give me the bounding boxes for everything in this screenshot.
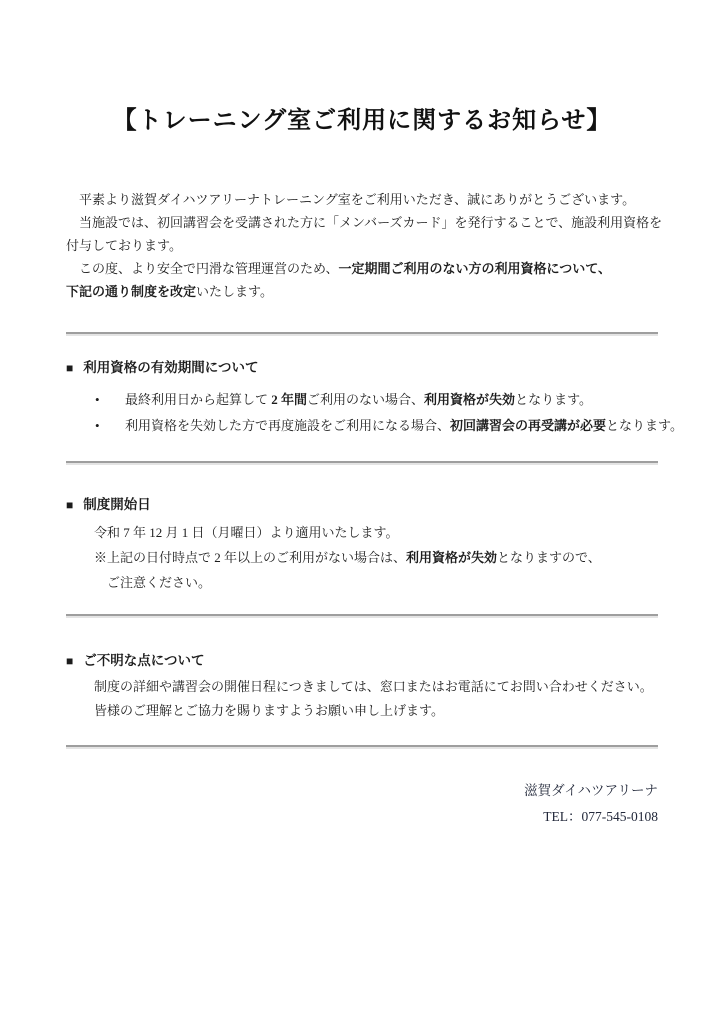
body-text: 平素より滋賀ダイハツアリーナトレーニング室をご利用いただき、誠にありがとうござい… <box>66 192 635 207</box>
body-text: となりますので、 <box>497 550 601 565</box>
bullet-item: •最終利用日から起算して 2 年間ご利用のない場合、利用資格が失効となります。 <box>66 387 658 413</box>
section-heading: ■ 制度開始日 <box>66 493 658 517</box>
document-page: 【トレーニング室ご利用に関するお知らせ】 平素より滋賀ダイハツアリーナトレーニン… <box>0 0 724 1024</box>
section-body: 制度の詳細や講習会の開催日程につきましては、窓口またはお電話にてお問い合わせくだ… <box>66 675 658 723</box>
section-heading: ■ 利用資格の有効期間について <box>66 356 658 380</box>
body-text: 付与しております。 <box>66 238 182 253</box>
body-text: いたします。 <box>196 284 273 299</box>
emphasized-text: 初回講習会の再受講が必要 <box>450 418 606 433</box>
emphasized-text: 利用資格が失効 <box>406 550 497 565</box>
intro-paragraphs: 平素より滋賀ダイハツアリーナトレーニング室をご利用いただき、誠にありがとうござい… <box>66 188 658 303</box>
section-divider <box>66 332 658 334</box>
bullet-text: 利用資格を失効した方で再度施設をご利用になる場合、初回講習会の再受講が必要となり… <box>125 413 683 439</box>
bullet-item: •利用資格を失効した方で再度施設をご利用になる場合、初回講習会の再受講が必要とな… <box>66 413 658 439</box>
body-text: 令和 7 年 12 月 1 日（月曜日）より適用いたします。 <box>94 525 398 540</box>
text-line: ※上記の日付時点で 2 年以上のご利用がない場合は、利用資格が失効となりますので… <box>94 545 658 570</box>
text-line: 下記の通り制度を改定いたします。 <box>66 280 658 303</box>
body-text: となります。 <box>515 392 592 407</box>
square-bullet-icon: ■ <box>66 649 73 673</box>
text-line: 皆様のご理解とご協力を賜りますようお願い申し上げます。 <box>94 699 658 723</box>
section-heading-text: ご不明な点について <box>83 649 204 673</box>
body-text: ご注意ください。 <box>94 575 211 590</box>
section-divider <box>66 461 658 463</box>
body-text: となります。 <box>606 418 683 433</box>
bullet-icon: • <box>66 387 125 413</box>
bullet-text: 最終利用日から起算して 2 年間ご利用のない場合、利用資格が失効となります。 <box>125 387 658 413</box>
text-line: 平素より滋賀ダイハツアリーナトレーニング室をご利用いただき、誠にありがとうござい… <box>66 188 658 211</box>
square-bullet-icon: ■ <box>66 356 73 380</box>
section-start-date: ■ 制度開始日 令和 7 年 12 月 1 日（月曜日）より適用いたします。※上… <box>66 493 658 595</box>
emphasized-text: 下記の通り制度を改定 <box>66 284 196 299</box>
body-text: 当施設では、初回講習会を受講された方に「メンバーズカード」を発行することで、施設… <box>66 215 662 230</box>
text-line: この度、より安全で円滑な管理運営のため、一定期間ご利用のない方の利用資格について… <box>66 257 658 280</box>
text-line: 制度の詳細や講習会の開催日程につきましては、窓口またはお電話にてお問い合わせくだ… <box>94 675 658 699</box>
body-text: 皆様のご理解とご協力を賜りますようお願い申し上げます。 <box>94 703 444 718</box>
body-text: ※上記の日付時点で 2 年以上のご利用がない場合は、 <box>94 550 406 565</box>
section-body: 令和 7 年 12 月 1 日（月曜日）より適用いたします。※上記の日付時点で … <box>66 520 658 595</box>
body-text: 最終利用日から起算して <box>125 392 271 407</box>
section-heading-text: 制度開始日 <box>83 493 151 517</box>
body-text: 制度の詳細や講習会の開催日程につきましては、窓口またはお電話にてお問い合わせくだ… <box>94 679 653 694</box>
telephone-number: TEL：077-545-0108 <box>66 804 658 830</box>
organization-name: 滋賀ダイハツアリーナ <box>66 778 658 804</box>
body-text: ご利用のない場合、 <box>307 392 424 407</box>
text-line: 令和 7 年 12 月 1 日（月曜日）より適用いたします。 <box>94 520 658 545</box>
body-text: 利用資格を失効した方で再度施設をご利用になる場合、 <box>125 418 450 433</box>
section-validity-period: ■ 利用資格の有効期間について •最終利用日から起算して 2 年間ご利用のない場… <box>66 356 658 439</box>
section-divider <box>66 614 658 616</box>
section-divider <box>66 745 658 747</box>
emphasized-text: 2 年間 <box>271 392 307 407</box>
text-line: 当施設では、初回講習会を受講された方に「メンバーズカード」を発行することで、施設… <box>66 211 658 234</box>
text-line: 付与しております。 <box>66 234 658 257</box>
signature-block: 滋賀ダイハツアリーナ TEL：077-545-0108 <box>66 778 658 830</box>
section-heading-text: 利用資格の有効期間について <box>83 356 258 380</box>
square-bullet-icon: ■ <box>66 493 73 517</box>
page-title: 【トレーニング室ご利用に関するお知らせ】 <box>0 100 724 135</box>
bullet-icon: • <box>66 413 125 439</box>
bullet-list: •最終利用日から起算して 2 年間ご利用のない場合、利用資格が失効となります。•… <box>66 387 658 439</box>
text-line: ご注意ください。 <box>94 570 658 595</box>
section-heading: ■ ご不明な点について <box>66 649 658 673</box>
section-inquiries: ■ ご不明な点について 制度の詳細や講習会の開催日程につきましては、窓口またはお… <box>66 649 658 723</box>
emphasized-text: 一定期間ご利用のない方の利用資格について、 <box>338 261 610 276</box>
body-text: この度、より安全で円滑な管理運営のため、 <box>66 261 338 276</box>
emphasized-text: 利用資格が失効 <box>424 392 515 407</box>
